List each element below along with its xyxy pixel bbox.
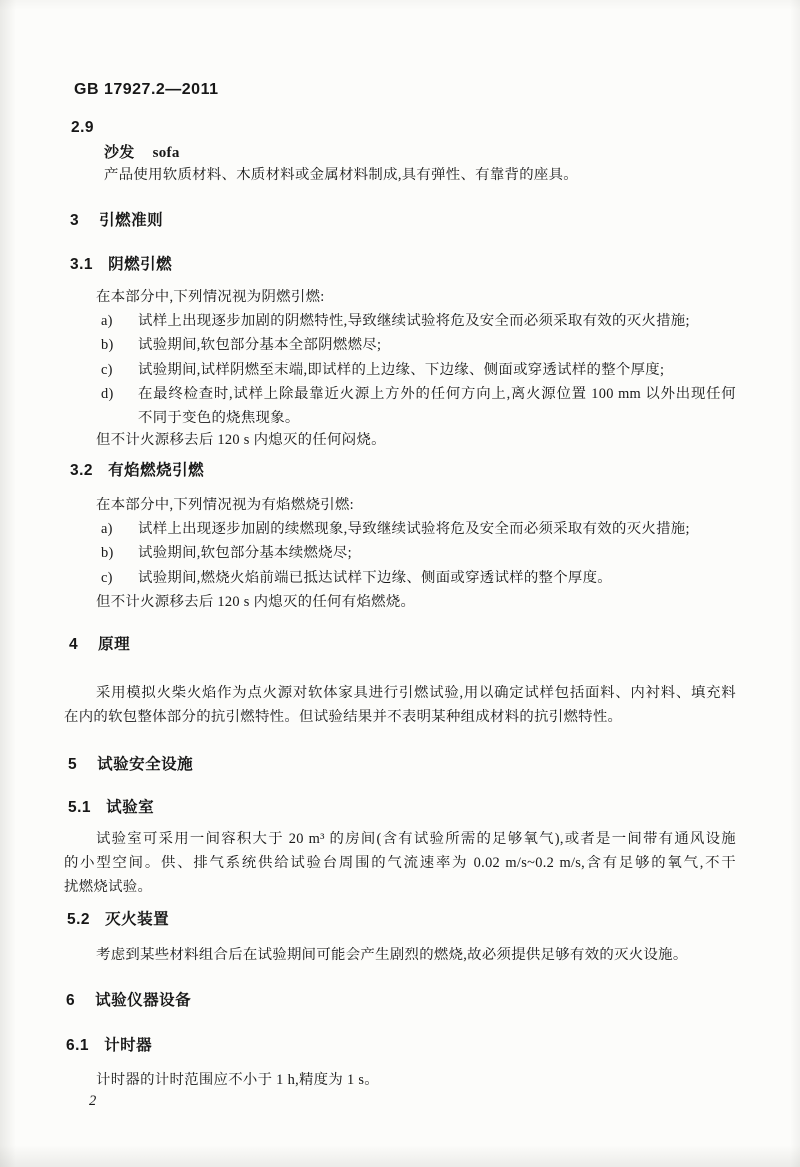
page-number: 2 bbox=[89, 1089, 736, 1113]
list-marker: a) bbox=[101, 309, 113, 333]
section-number: 3.1 bbox=[70, 253, 93, 277]
list-marker: a) bbox=[101, 517, 113, 541]
term-title: 沙发sofa bbox=[104, 141, 736, 165]
list-item-b: b) 试验期间,软包部分基本续燃烧尽; bbox=[64, 541, 736, 565]
section-number: 6.1 bbox=[66, 1034, 89, 1058]
paragraph-line: 试验室可采用一间容积大于 20 m³ 的房间(含有试验所需的足够氧气),或者是一… bbox=[64, 827, 736, 851]
list-item-a: a) 试样上出现逐步加剧的阴燃特性,导致继续试验将危及安全而必须采取有效的灭火措… bbox=[64, 309, 736, 333]
section-title: 有焰燃烧引燃 bbox=[108, 462, 204, 479]
section-title: 引燃准则 bbox=[99, 212, 163, 229]
section-number: 6 bbox=[66, 989, 75, 1013]
section-title: 阴燃引燃 bbox=[108, 256, 172, 273]
section-heading-6: 6试验仪器设备 bbox=[66, 989, 736, 1013]
list-item-a: a) 试样上出现逐步加剧的续燃现象,导致继续试验将危及安全而必须采取有效的灭火措… bbox=[64, 517, 736, 541]
paragraph: 采用模拟火柴火焰作为点火源对软体家具进行引燃试验,用以确定试样包括面料、内衬料、… bbox=[64, 681, 736, 729]
term-title-zh: 沙发 bbox=[104, 144, 135, 161]
section-number: 5 bbox=[68, 753, 77, 777]
section-title: 试验室 bbox=[106, 799, 154, 816]
paragraph: 考虑到某些材料组合后在试验期间可能会产生剧烈的燃烧,故必须提供足够有效的灭火设施… bbox=[64, 943, 736, 967]
section-title: 试验安全设施 bbox=[97, 756, 193, 773]
list-marker: c) bbox=[101, 358, 113, 382]
list-item-text: 在最终检查时,试样上除最靠近火源上方外的任何方向上,离火源位置 100 mm 以… bbox=[138, 382, 736, 406]
list-item-text: 试验期间,燃烧火焰前端已抵达试样下边缘、侧面或穿透试样的整个厚度。 bbox=[138, 570, 612, 586]
section-number: 3 bbox=[70, 209, 79, 233]
section-heading-3: 3引燃准则 bbox=[70, 209, 736, 233]
note-text: 但不计火源移去后 120 s 内熄灭的任何闷烧。 bbox=[64, 428, 736, 452]
section-number: 5.2 bbox=[67, 908, 90, 932]
section-title: 计时器 bbox=[104, 1037, 152, 1054]
section-heading-5-2: 5.2灭火装置 bbox=[67, 908, 736, 932]
section-heading-5-1: 5.1试验室 bbox=[68, 796, 736, 820]
section-number: 3.2 bbox=[70, 459, 93, 483]
list-marker: b) bbox=[101, 333, 114, 357]
list-item-text: 试验期间,软包部分基本续燃烧尽; bbox=[138, 545, 352, 561]
list-marker: c) bbox=[101, 566, 113, 590]
section-number: 5.1 bbox=[68, 796, 91, 820]
paragraph-line: 采用模拟火柴火焰作为点火源对软体家具进行引燃试验,用以确定试样包括面料、内衬料、… bbox=[64, 681, 736, 705]
term-definition: 产品使用软质材料、木质材料或金属材料制成,具有弹性、有靠背的座具。 bbox=[104, 163, 736, 187]
paragraph-intro: 在本部分中,下列情况视为阴燃引燃: bbox=[64, 285, 736, 309]
paragraph: 试验室可采用一间容积大于 20 m³ 的房间(含有试验所需的足够氧气),或者是一… bbox=[64, 827, 736, 899]
list-item-text: 不同于变色的烧焦现象。 bbox=[138, 406, 736, 430]
section-number: 4 bbox=[69, 633, 78, 657]
section-title: 灭火装置 bbox=[105, 911, 169, 928]
list-item-c: c) 试验期间,燃烧火焰前端已抵达试样下边缘、侧面或穿透试样的整个厚度。 bbox=[64, 566, 736, 590]
section-heading-5: 5试验安全设施 bbox=[68, 753, 736, 777]
paragraph-line: 在内的软包整体部分的抗引燃特性。但试验结果并不表明某种组成材料的抗引燃特性。 bbox=[64, 705, 736, 729]
section-heading-3-1: 3.1阴燃引燃 bbox=[70, 253, 736, 277]
standard-number: GB 17927.2—2011 bbox=[74, 78, 736, 102]
paragraph-line: 扰燃烧试验。 bbox=[64, 875, 736, 899]
list-item-text: 试验期间,试样阴燃至末端,即试样的上边缘、下边缘、侧面或穿透试样的整个厚度; bbox=[138, 362, 664, 378]
list-marker: d) bbox=[101, 382, 114, 406]
term-number: 2.9 bbox=[71, 116, 736, 140]
document-page: GB 17927.2—2011 2.9 沙发sofa 产品使用软质材料、木质材料… bbox=[0, 0, 800, 1167]
note-text: 但不计火源移去后 120 s 内熄灭的任何有焰燃烧。 bbox=[64, 590, 736, 614]
section-title: 试验仪器设备 bbox=[95, 992, 191, 1009]
list-item-text: 试验期间,软包部分基本全部阴燃燃尽; bbox=[138, 337, 381, 353]
list-item-c: c) 试验期间,试样阴燃至末端,即试样的上边缘、下边缘、侧面或穿透试样的整个厚度… bbox=[64, 358, 736, 382]
paragraph-line: 的小型空间。供、排气系统供给试验台周围的气流速率为 0.02 m/s~0.2 m… bbox=[64, 851, 736, 875]
list-marker: b) bbox=[101, 541, 114, 565]
term-title-en: sofa bbox=[153, 145, 180, 161]
section-title: 原理 bbox=[98, 636, 130, 653]
section-heading-3-2: 3.2有焰燃烧引燃 bbox=[70, 459, 736, 483]
list-item-text: 试样上出现逐步加剧的阴燃特性,导致继续试验将危及安全而必须采取有效的灭火措施; bbox=[138, 313, 690, 329]
section-heading-4: 4原理 bbox=[69, 633, 736, 657]
paragraph-intro: 在本部分中,下列情况视为有焰燃烧引燃: bbox=[64, 493, 736, 517]
list-item-b: b) 试验期间,软包部分基本全部阴燃燃尽; bbox=[64, 333, 736, 357]
section-heading-6-1: 6.1计时器 bbox=[66, 1034, 736, 1058]
list-item-text: 试样上出现逐步加剧的续燃现象,导致继续试验将危及安全而必须采取有效的灭火措施; bbox=[138, 521, 690, 537]
list-item-d: d) 在最终检查时,试样上除最靠近火源上方外的任何方向上,离火源位置 100 m… bbox=[64, 382, 736, 430]
